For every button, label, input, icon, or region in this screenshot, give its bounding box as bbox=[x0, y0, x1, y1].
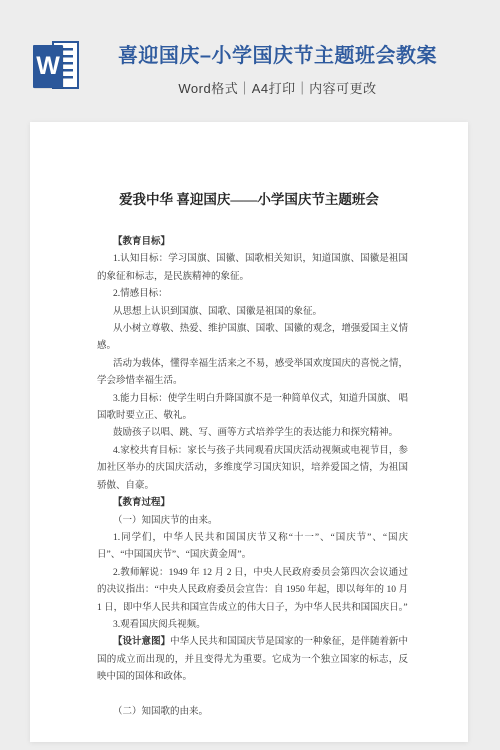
doc-paragraph: 3.能力目标：使学生明白升降国旗不是一种简单仪式，知道升国旗、 唱国歌时要立正、… bbox=[97, 391, 408, 426]
doc-paragraph: 1.认知目标：学习国旗、国徽、国歌相关知识，知道国旗、国徽是祖国的象征和标志，是… bbox=[97, 251, 408, 286]
word-icon: W bbox=[33, 40, 79, 92]
doc-paragraph: 2.教师解说：1949 年 12 月 2 日，中央人民政府委员会第四次会议通过的… bbox=[97, 565, 408, 617]
doc-section-heading: 【教育过程】 bbox=[97, 495, 408, 512]
design-note-label: 【设计意图】 bbox=[113, 637, 170, 647]
doc-design-note: 【设计意图】中华人民共和国国庆节是国家的一种象征，是伴随着新中国的成立而出现的，… bbox=[97, 634, 408, 686]
doc-paragraph: 鼓励孩子以唱、跳、写、画等方式培养学生的表达能力和探究精神。 bbox=[97, 425, 408, 442]
doc-section-heading: 【教育目标】 bbox=[97, 234, 408, 251]
doc-paragraph: 4.家校共育目标：家长与孩子共同观看庆国庆活动视频或电视节目，参加社区举办的庆国… bbox=[97, 443, 408, 495]
doc-paragraph: （二）知国歌的由来。 bbox=[97, 704, 408, 721]
doc-paragraph: 活动为载体，懂得幸福生活来之不易，感受举国欢度国庆的喜悦之情，学会珍惜幸福生活。 bbox=[97, 356, 408, 391]
document-body: 【教育目标】 1.认知目标：学习国旗、国徽、国歌相关知识，知道国旗、国徽是祖国的… bbox=[30, 234, 468, 721]
document-page: 爱我中华 喜迎国庆——小学国庆节主题班会 【教育目标】 1.认知目标：学习国旗、… bbox=[30, 122, 468, 742]
doc-paragraph: 3.观看国庆阅兵视频。 bbox=[97, 617, 408, 634]
header-text-block: 喜迎国庆–小学国庆节主题班会教案 Word格式｜A4打印｜内容可更改 bbox=[79, 40, 476, 97]
doc-paragraph: （一）知国庆节的由来。 bbox=[97, 513, 408, 530]
doc-paragraph: 1.同学们，中华人民共和国国庆节又称“十一”、“国庆节”、“国庆日”、“中国国庆… bbox=[97, 530, 408, 565]
page-title: 喜迎国庆–小学国庆节主题班会教案 bbox=[79, 43, 476, 69]
page-subtitle: Word格式｜A4打印｜内容可更改 bbox=[79, 78, 476, 97]
doc-paragraph: 从思想上认识到国旗、国歌、国徽是祖国的象征。 bbox=[97, 304, 408, 321]
header: W 喜迎国庆–小学国庆节主题班会教案 Word格式｜A4打印｜内容可更改 bbox=[0, 0, 500, 122]
doc-paragraph: 2.情感目标： bbox=[97, 286, 408, 303]
doc-paragraph: 从小树立尊敬、热爱、维护国旗、国歌、国徽的观念，增强爱国主义情感。 bbox=[97, 321, 408, 356]
template-preview-page: { "colors": { "background": "#ededed", "… bbox=[0, 0, 500, 750]
document-title: 爱我中华 喜迎国庆——小学国庆节主题班会 bbox=[30, 122, 468, 208]
word-icon-letter: W bbox=[33, 45, 63, 88]
